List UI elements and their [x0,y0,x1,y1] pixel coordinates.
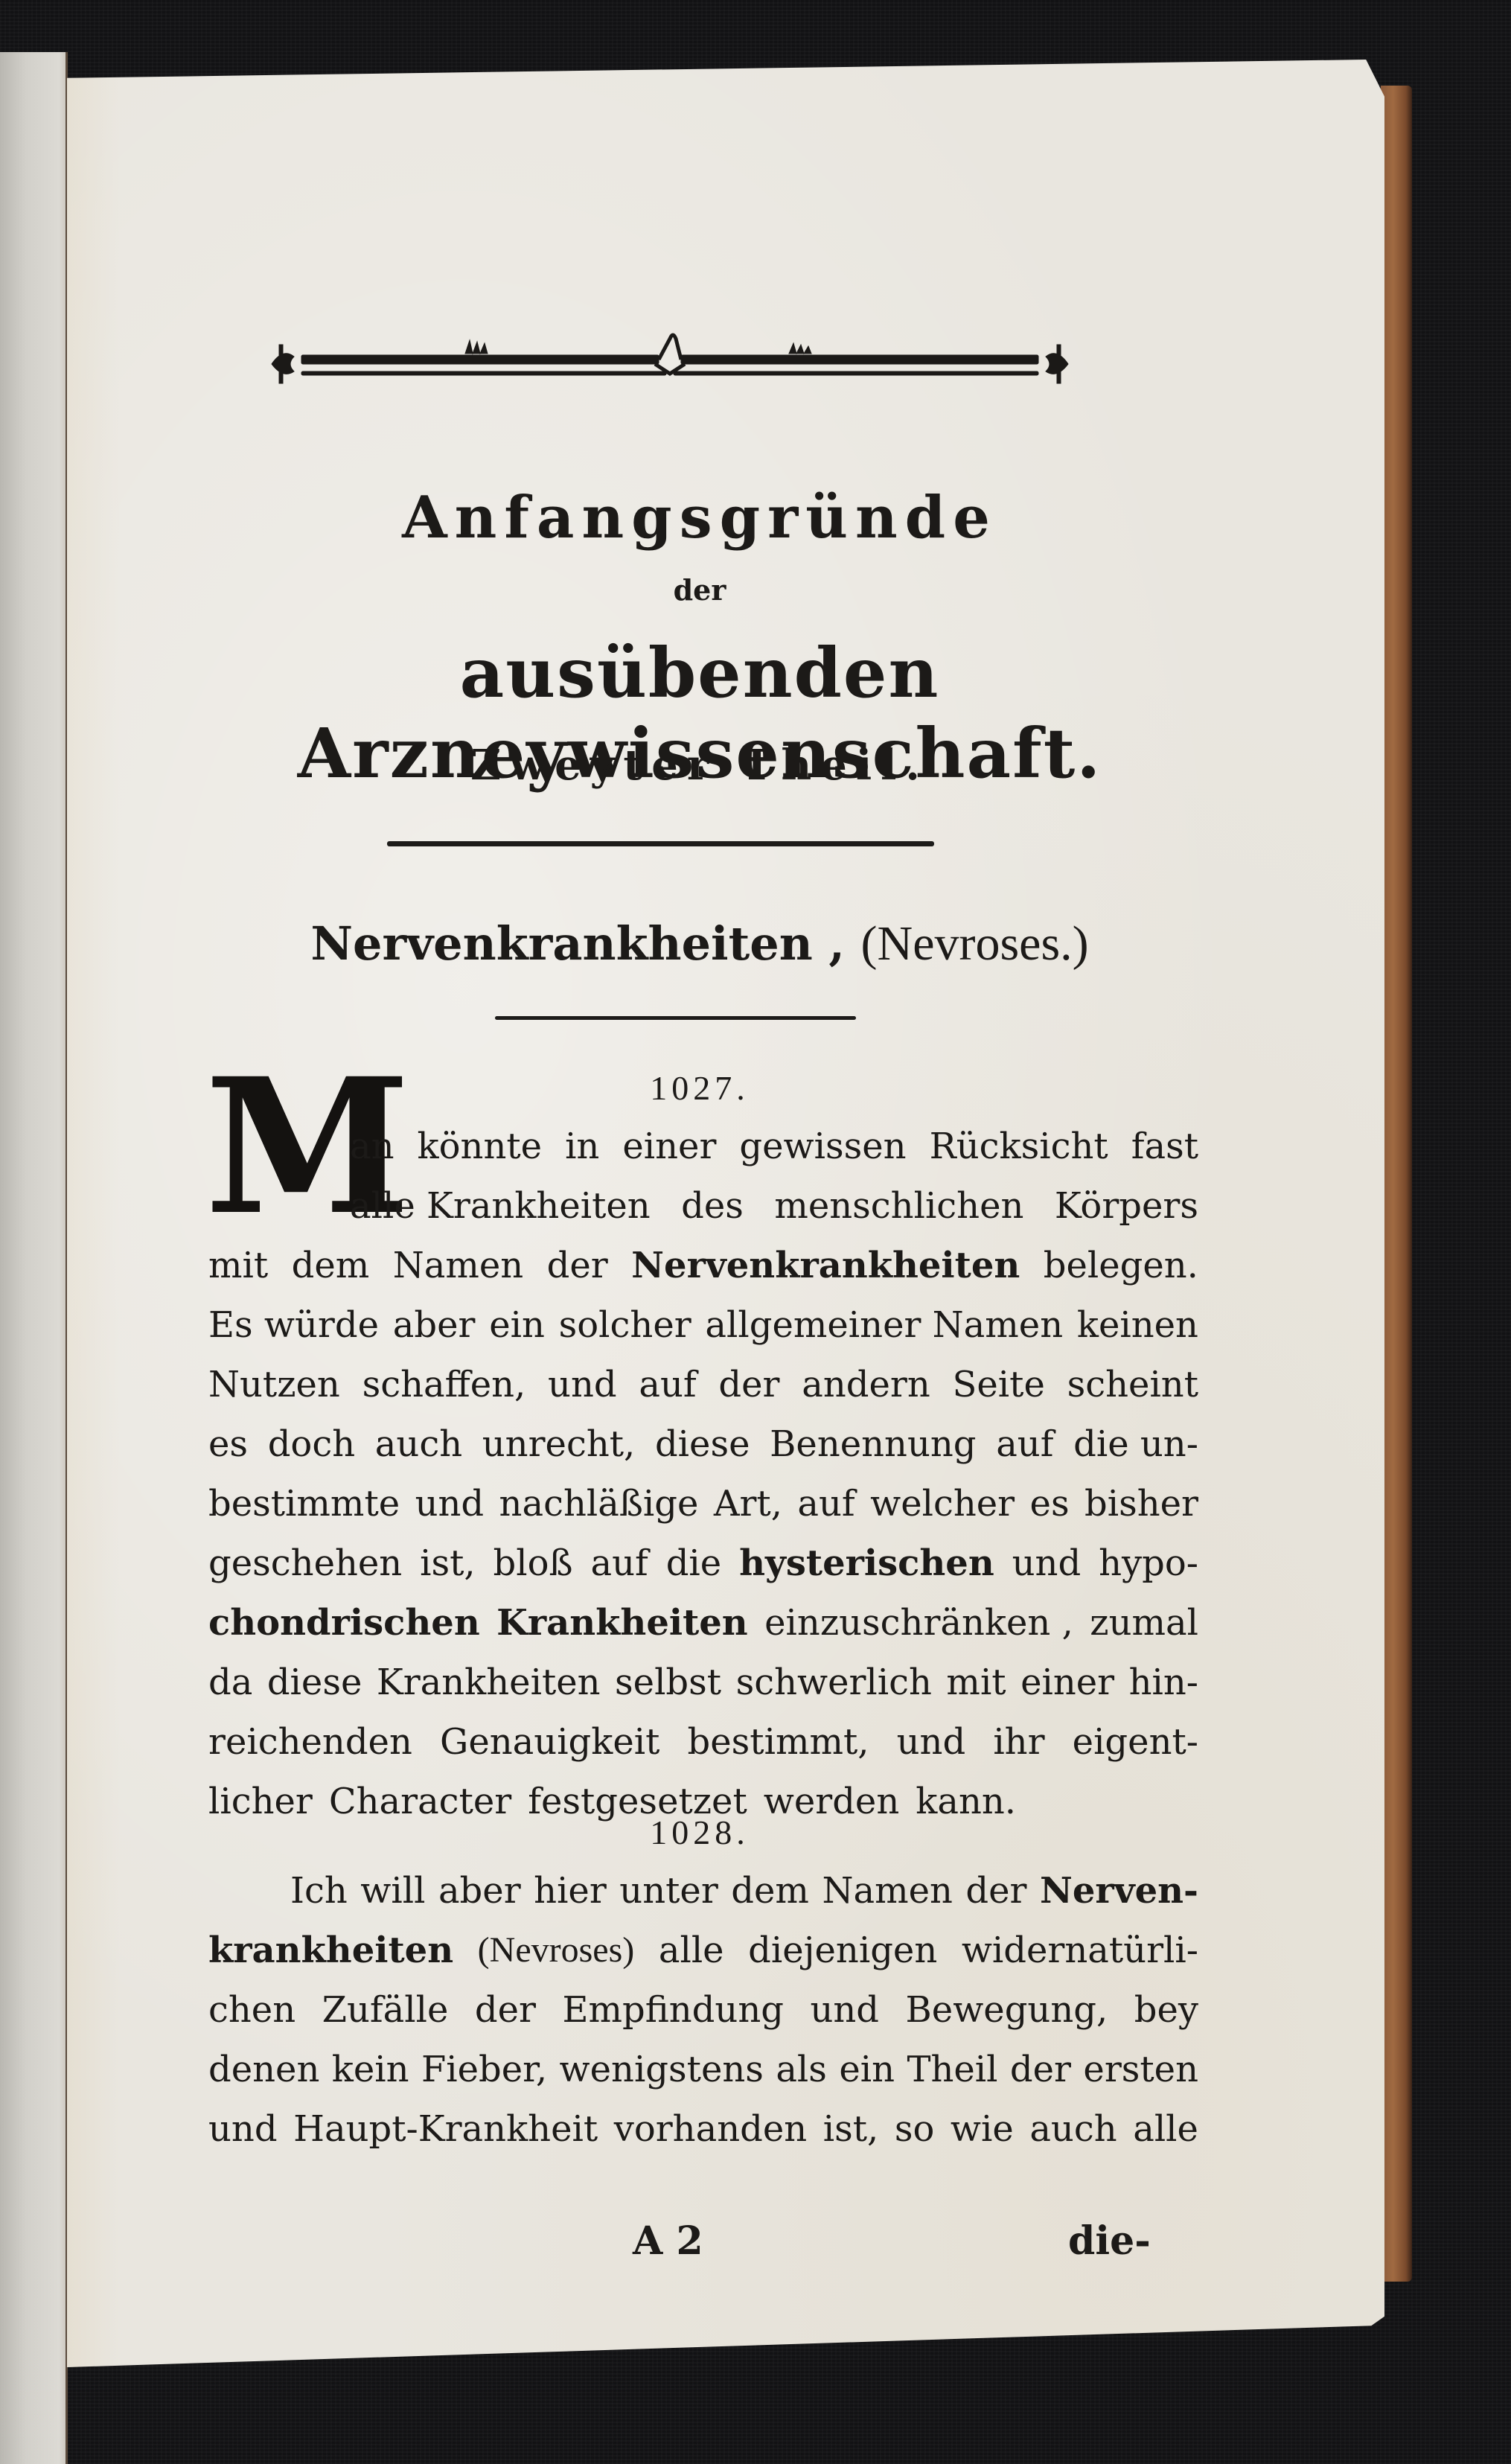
word: einer [1020,1653,1114,1712]
word: unter [619,1861,718,1921]
word: fast [1131,1117,1198,1176]
word: an [350,1117,394,1176]
text-line: geschehenist,bloßaufdiehysterischenundhy… [208,1533,1198,1593]
word: bloß [493,1533,573,1593]
word: alle Krankheiten [350,1176,651,1236]
word: hin- [1129,1653,1198,1712]
word: eigent- [1073,1712,1198,1772]
text-line: Nutzenschaffen,undaufderandernSeiteschei… [208,1355,1198,1414]
word: dem [292,1236,370,1295]
word: es [1030,1474,1070,1533]
word: da [208,1653,252,1712]
title-rule [387,841,934,846]
word: welcher [870,1474,1015,1533]
word: als [776,2040,827,2099]
text-line: denenkeinFieber,wenigstensalseinTheilder… [208,2040,1198,2099]
word: bey [1134,1980,1198,2040]
word: Zufälle [322,1980,449,2040]
word: aber [438,1861,521,1921]
text-line: alle KrankheitendesmenschlichenKörpers [208,1176,1198,1236]
word: Krankheiten [496,1593,748,1653]
word: auf [996,1414,1053,1474]
word: Nerven- [1040,1861,1198,1921]
word: schaffen, [362,1355,526,1414]
word: ein [839,2040,895,2099]
word: auf [797,1474,854,1533]
paragraph-1027: ankönnteineinergewissenRücksichtfastalle… [208,1117,1198,1831]
signature-mark: A 2 [633,2218,703,2264]
book-title-line2: der [67,573,1332,607]
word: und [1012,1533,1082,1593]
word: diese [267,1653,362,1712]
word: hier [534,1861,607,1921]
word: der [718,1355,779,1414]
word: ein [489,1295,545,1355]
word: diejenigen [748,1921,937,1980]
word: des [681,1176,744,1236]
paragraph-1028: IchwillaberhierunterdemNamenderNerven-kr… [208,1861,1198,2159]
word: Ich [290,1861,348,1921]
book-edge [1381,86,1412,2282]
left-page-edge [0,52,68,2464]
text-line: mitdemNamenderNervenkrankheitenbelegen. [208,1236,1198,1295]
word: Bewegung, [906,1980,1108,2040]
word: zumal [1090,1593,1198,1653]
word: vorhanden [614,2099,807,2159]
word: die [666,1533,721,1593]
word: keinen [1077,1295,1198,1355]
word: nachläßige [499,1474,699,1533]
word: Namen [822,1861,952,1921]
word: Namen [393,1236,523,1295]
word: scheint [1067,1355,1198,1414]
word: alle [1133,2099,1198,2159]
book-part-label: Zweyter Theil. [67,741,1332,790]
word: Genauigkeit [440,1712,659,1772]
word: Es würde [208,1295,379,1355]
word: menschlichen [774,1176,1023,1236]
word: Krankheiten [377,1653,601,1712]
text-line: Es würdeabereinsolcherallgemeiner Namenk… [208,1295,1198,1355]
word: der [965,1861,1026,1921]
word: aber [393,1295,476,1355]
word: und [897,1712,966,1772]
word: wie [951,2099,1014,2159]
word: in [565,1117,599,1176]
word: auf [591,1533,648,1593]
word: bisher [1084,1474,1198,1533]
word: selbst [615,1653,721,1712]
word: Fieber, [421,2040,547,2099]
word: belegen. [1044,1236,1198,1295]
word: Nutzen [208,1355,340,1414]
word: und [415,1474,485,1533]
word: chen [208,1980,296,2040]
word: bestimmt, [688,1712,869,1772]
word: ist, [823,2099,879,2159]
section-heading-german: Nervenkrankheiten , [310,916,845,971]
word: geschehen [208,1533,402,1593]
word: Nervenkrankheiten [631,1236,1020,1295]
word: kein [332,2040,409,2099]
word: dem [731,1861,809,1921]
word: hypo- [1099,1533,1198,1593]
word: auch [1029,2099,1117,2159]
word: (Nevroses) [478,1921,635,1980]
word: einzuschränken , [764,1593,1073,1653]
word: andern [802,1355,930,1414]
word: schwerlich [736,1653,932,1712]
word: bestimmte [208,1474,400,1533]
word: doch [268,1414,355,1474]
text-line: dadieseKrankheitenselbstschwerlichmitein… [208,1653,1198,1712]
word: und [810,1980,879,2040]
word: krankheiten [208,1921,453,1980]
word: reichenden [208,1712,412,1772]
text-line: undHaupt-Krankheitvorhandenist,sowieauch… [208,2099,1198,2159]
word: auf [639,1355,696,1414]
word: will [360,1861,425,1921]
word: widernatürli- [962,1921,1198,1980]
word: denen [208,2040,319,2099]
word: es [208,1414,248,1474]
word: ihr [993,1712,1044,1772]
word: diese [655,1414,750,1474]
word: Benennung [770,1414,976,1474]
word: der [1010,2040,1071,2099]
word: mit [208,1236,268,1295]
word: Rücksicht [930,1117,1108,1176]
word: und [208,2099,278,2159]
word: wenigstens [560,2040,764,2099]
word: solcher [559,1295,691,1355]
word: unrecht, [482,1414,636,1474]
section-rule [495,1016,856,1020]
book-page: Anfangsgründe der ausübenden Arzneywisse… [67,60,1384,2367]
word: Seite [953,1355,1045,1414]
word: gewissen [739,1117,906,1176]
headpiece-ornament-icon [268,331,1072,391]
text-line: esdochauchunrecht,dieseBenennungaufdie u… [208,1414,1198,1474]
word: alle [659,1921,724,1980]
paragraph-number: 1028. [67,1813,1332,1852]
word: Empfindung [562,1980,784,2040]
word: Haupt-Krankheit [293,2099,598,2159]
text-line: bestimmteundnachläßigeArt,aufwelcheresbi… [208,1474,1198,1533]
word: auch [375,1414,462,1474]
word: ersten [1083,2040,1198,2099]
catchword: die- [1068,2218,1151,2264]
text-line: IchwillaberhierunterdemNamenderNerven- [208,1861,1198,1921]
text-line: chenZufällederEmpfindungundBewegung,bey [208,1980,1198,2040]
word: Körpers [1055,1176,1198,1236]
text-line: chondrischenKrankheiteneinzuschränken ,z… [208,1593,1198,1653]
text-line: ankönnteineinergewissenRücksichtfast [208,1117,1198,1176]
word: so [895,2099,935,2159]
word: chondrischen [208,1593,480,1653]
word: allgemeiner Namen [705,1295,1063,1355]
word: mit [946,1653,1006,1712]
text-line: krankheiten(Nevroses)allediejenigenwider… [208,1921,1198,1980]
section-heading: Nervenkrankheiten , (Nevroses.) [67,916,1332,972]
word: der [547,1236,608,1295]
word: hysterischen [739,1533,994,1593]
word: Theil [907,2040,997,2099]
word: Art, [714,1474,782,1533]
word: der [475,1980,536,2040]
word: die un- [1073,1414,1198,1474]
word: könnte [418,1117,543,1176]
word: einer [622,1117,716,1176]
book-title-line1: Anfangsgründe [67,484,1332,552]
text-line: reichendenGenauigkeitbestimmt,undihreige… [208,1712,1198,1772]
word: ist, [420,1533,476,1593]
word: und [548,1355,617,1414]
section-heading-latin: (Nevroses.) [861,916,1089,971]
